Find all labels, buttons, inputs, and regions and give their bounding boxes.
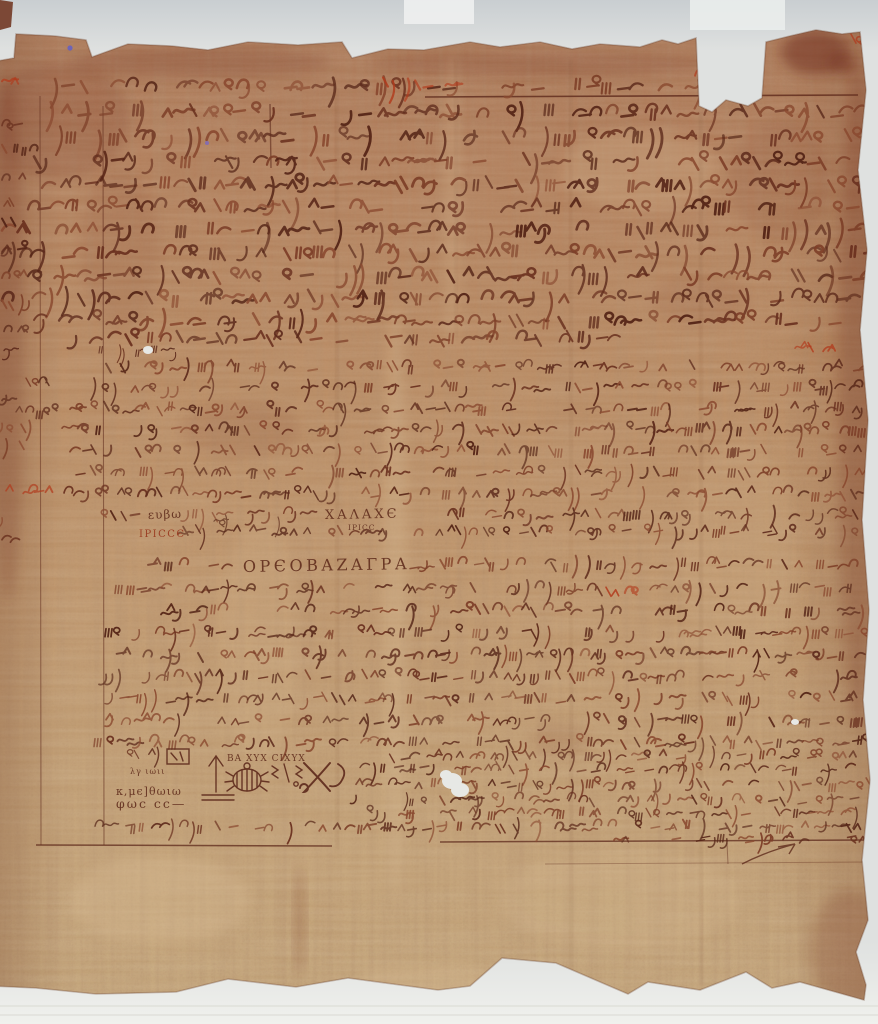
greek-gloss: ΙΡΙϹϹ <box>348 523 375 532</box>
ink-stain <box>296 865 304 975</box>
detached-papyrus-fragment <box>0 0 13 30</box>
light-patch <box>70 855 250 945</box>
damage-hole <box>791 719 799 725</box>
greek-gloss: ΟΡЄΟΒΑΖΑΓΡΑ <box>243 554 410 576</box>
greek-gloss: λγ ιωιι <box>130 767 165 776</box>
ink-stain <box>80 170 160 330</box>
damage-hole <box>440 770 452 780</box>
ink-stain <box>829 54 857 74</box>
sheet-join-crease <box>570 60 572 985</box>
papyrus-sheet: ευβωΧΑΛΑΧЄΙΡΙϹϹЄΙΡΙϹϹΟΡЄΟΒΑΖΑΓΡΑΒΑ ΧΥΧ Ϲ… <box>0 20 878 1020</box>
greek-gloss: ΧΑΛΑΧЄ <box>325 507 400 523</box>
damage-hole <box>143 346 153 354</box>
sheet-join-crease <box>700 112 702 985</box>
blue-ink-fleck <box>67 45 72 50</box>
greek-gloss: ευβω <box>148 507 183 522</box>
papyrus-photograph: ευβωΧΑΛΑΧЄΙΡΙϹϹЄΙΡΙϹϹΟΡЄΟΒΑΖΑΓΡΑΒΑ ΧΥΧ Ϲ… <box>0 0 878 1024</box>
papyrus-photo-canvas: ευβωΧΑΛΑΧЄΙΡΙϹϹЄΙΡΙϹϹΟΡЄΟΒΑΖΑΓΡΑΒΑ ΧΥΧ Ϲ… <box>0 0 878 1024</box>
blue-ink-fleck <box>205 141 209 145</box>
ink-stain <box>370 51 710 77</box>
damage-hole <box>451 783 469 797</box>
greek-gloss: φωϲ ϲϲ— <box>116 796 186 811</box>
light-patch <box>500 850 740 950</box>
greek-gloss: ΒΑ ΧΥΧ ϹΙΧΥΧ <box>227 754 306 764</box>
greek-gloss: ΙΡΙϹϹЄ <box>139 529 186 540</box>
